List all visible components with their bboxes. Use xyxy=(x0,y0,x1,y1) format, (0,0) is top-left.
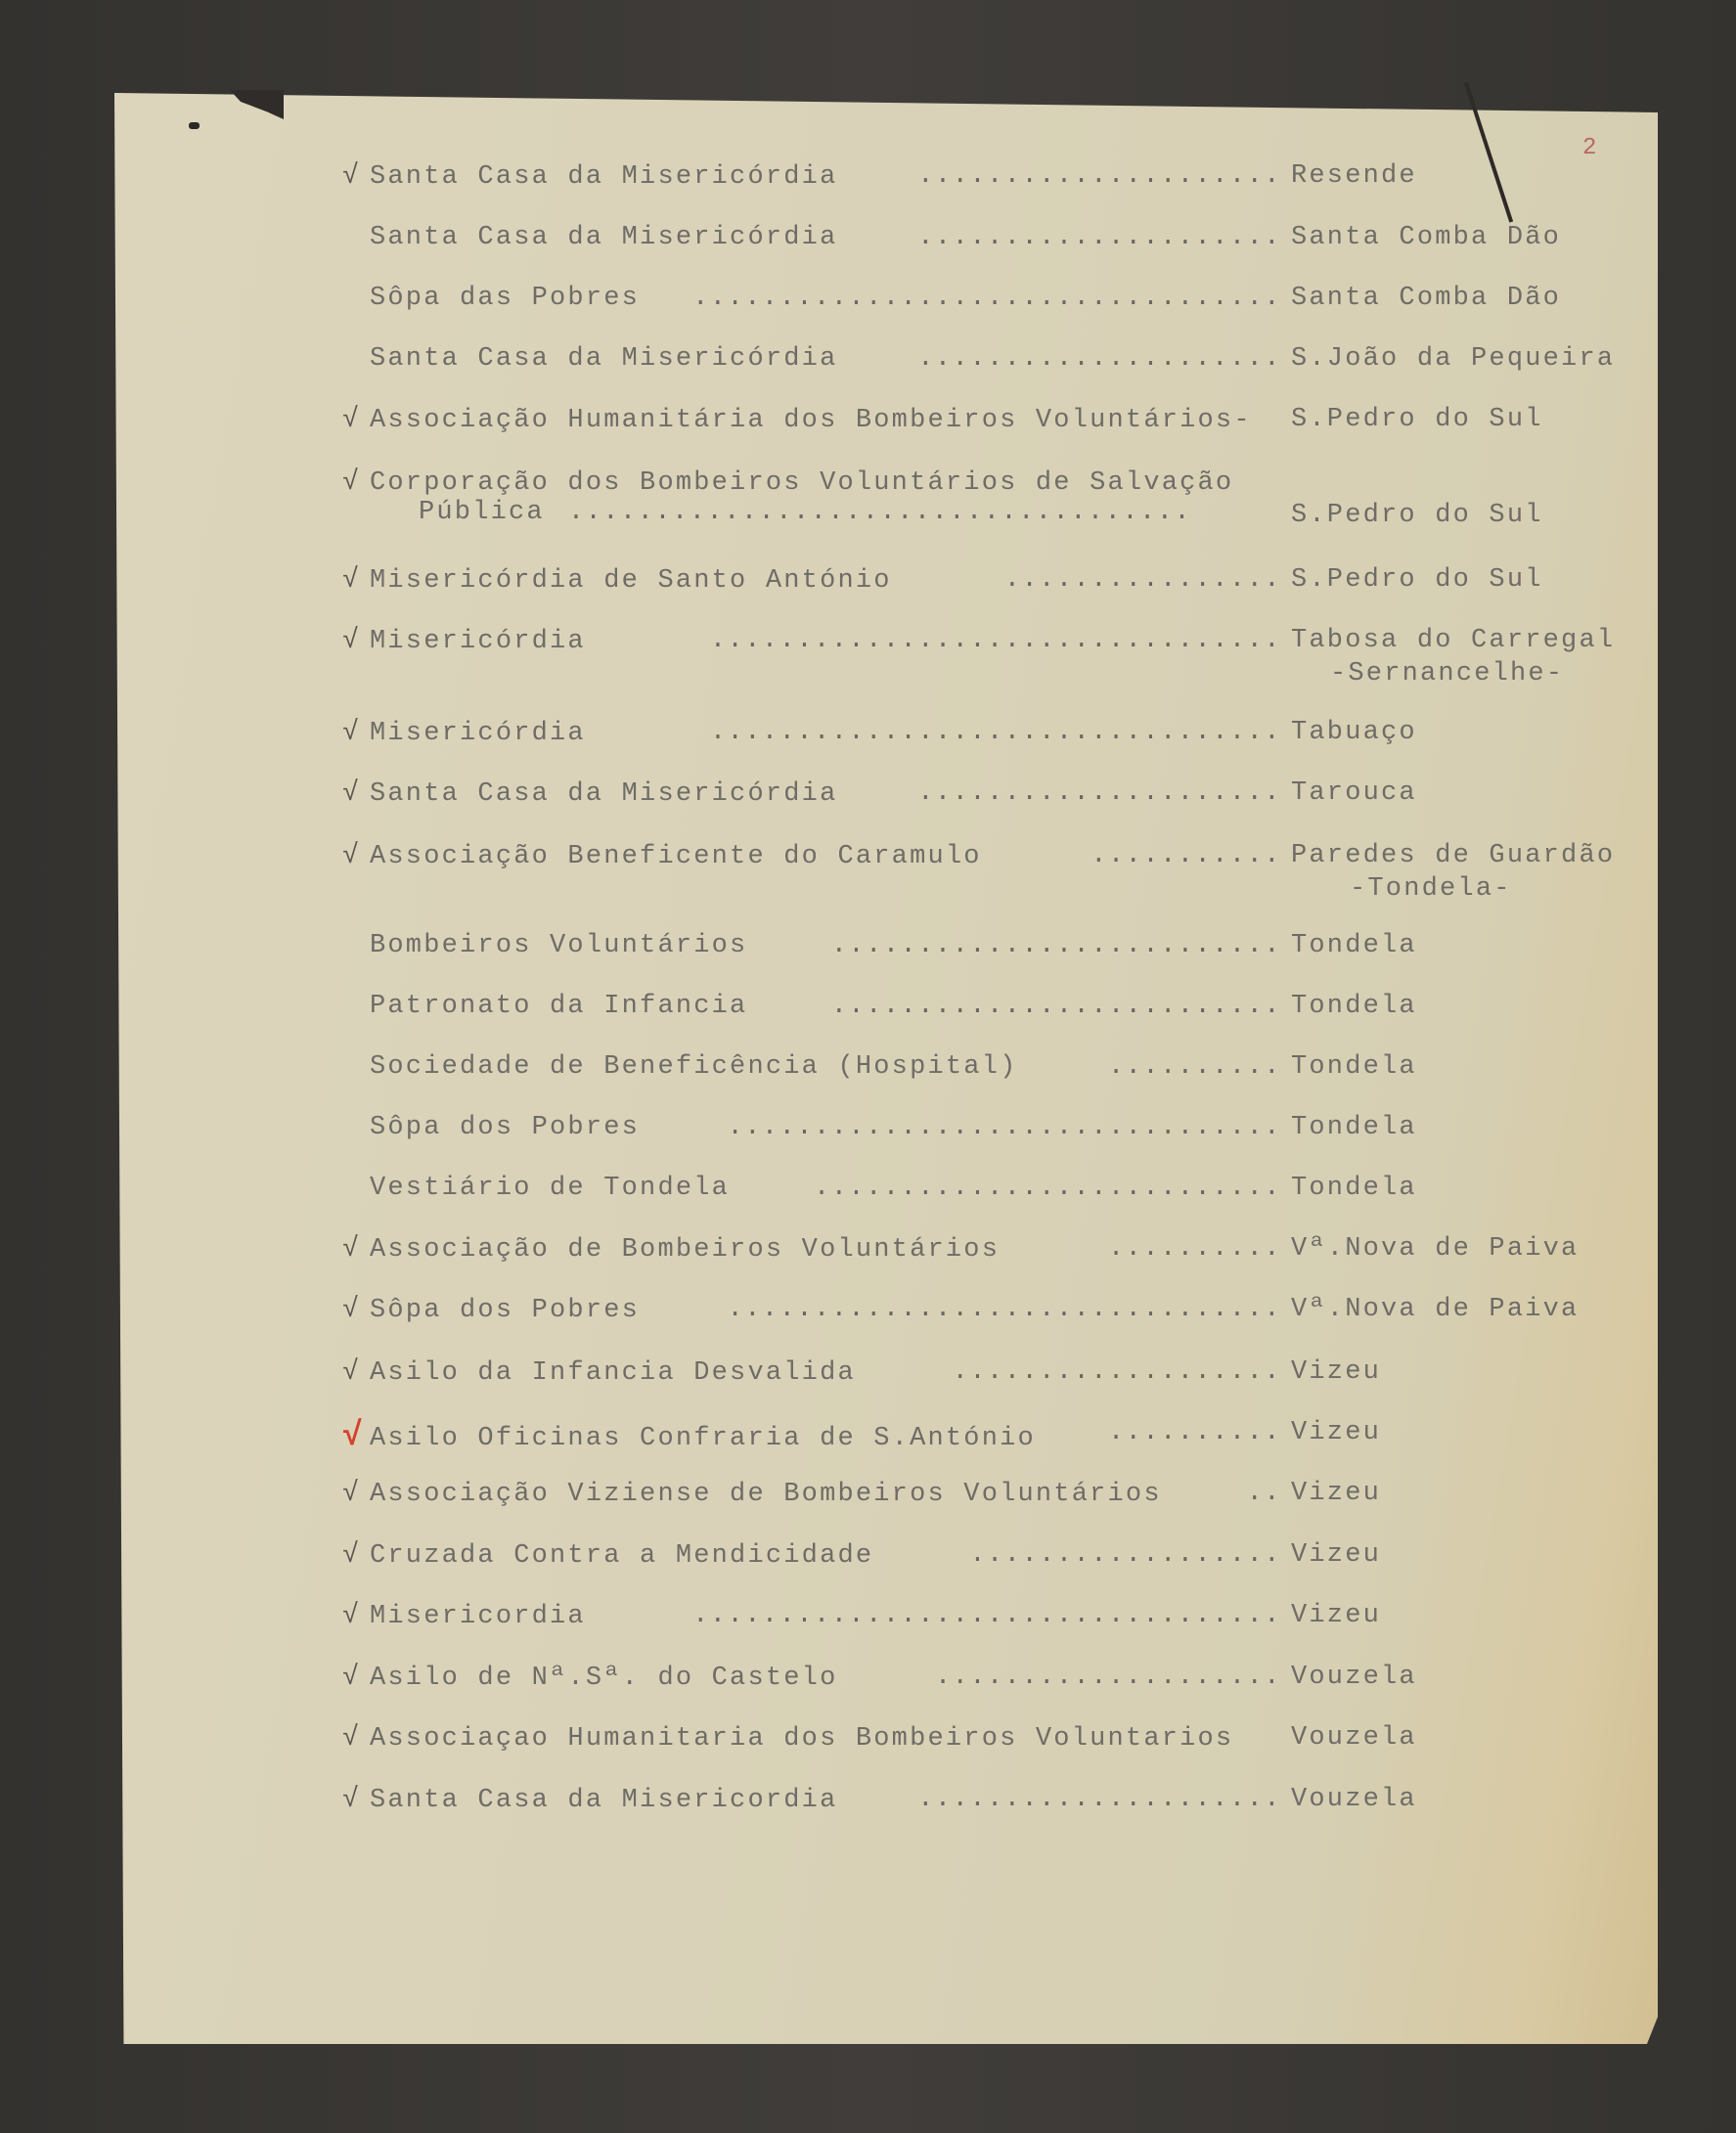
list-item: Patronato da Infancia...................… xyxy=(342,992,1614,1021)
dot-leader: .. xyxy=(1247,1479,1281,1508)
check-mark-icon: √ xyxy=(342,1785,370,1815)
location: Paredes de Guardão xyxy=(1291,841,1615,870)
check-mark-icon: √ xyxy=(342,778,370,809)
dot-leader: ................................ xyxy=(728,1295,1281,1324)
institution-name: Santa Casa da Misericórdia xyxy=(370,779,837,809)
check-mark-icon: √ xyxy=(342,1479,370,1509)
dot-leader: ..................... xyxy=(917,1785,1281,1814)
list-item: √Cruzada Contra a Mendicidade...........… xyxy=(342,1540,1614,1571)
list-item: Santa Casa da Misericórdia..............… xyxy=(342,344,1614,374)
check-mark-icon: √ xyxy=(342,1723,370,1754)
list-item: √Corporação dos Bombeiros Voluntários de… xyxy=(342,467,1614,527)
institution-name: Patronato da Infancia xyxy=(370,992,747,1021)
list-item: √Santa Casa da Misericórdia.............… xyxy=(342,778,1614,809)
institution-name: Associação de Bombeiros Voluntários xyxy=(370,1235,1000,1265)
institution-name: Santa Casa da Misericordia xyxy=(370,1786,837,1815)
list-item: √Santa Casa da Misericordia.............… xyxy=(342,1785,1614,1815)
location: Vouzela xyxy=(1291,1723,1417,1753)
location: S.Pedro do Sul xyxy=(1291,501,1543,530)
check-mark-icon: √ xyxy=(342,161,370,192)
location: Santa Comba Dão xyxy=(1291,284,1561,313)
check-mark-icon: √ xyxy=(342,1601,370,1631)
list-item: √Associação de Bombeiros Voluntários....… xyxy=(342,1234,1614,1265)
location: Tabuaço xyxy=(1291,718,1417,747)
location: Vizeu xyxy=(1291,1601,1381,1630)
institution-name: Vestiário de Tondela xyxy=(370,1174,730,1203)
list-item: √Associação Humanitária dos Bombeiros Vo… xyxy=(342,405,1614,435)
institution-name: Cruzada Contra a Mendicidade xyxy=(370,1541,873,1571)
institution-name: Santa Casa da Misericórdia xyxy=(370,223,837,252)
institution-name: Santa Casa da Misericórdia xyxy=(370,344,837,374)
check-mark-icon: √ xyxy=(342,1663,370,1693)
location: Vouzela xyxy=(1291,1663,1417,1692)
location: Vizeu xyxy=(1291,1540,1381,1570)
location: S.João da Pequeira xyxy=(1291,344,1615,374)
location-line2: -Tondela- xyxy=(1350,874,1512,904)
check-mark-icon: √ xyxy=(342,1295,370,1325)
list-item: √Sôpa dos Pobres........................… xyxy=(342,1295,1614,1325)
dot-leader: .......... xyxy=(1108,1418,1281,1447)
list-item: √Asilo de Nª.Sª. do Castelo.............… xyxy=(342,1663,1614,1693)
dot-leader: ................................. xyxy=(710,718,1281,747)
location: Tondela xyxy=(1291,1113,1417,1142)
list-item: √Asilo Oficinas Confraria de S.António..… xyxy=(342,1418,1614,1455)
dot-leader: .................... xyxy=(935,1663,1281,1692)
list-item: √Associação Beneficente do Caramulo.....… xyxy=(342,841,1614,871)
institution-name: Sôpa dos Pobres xyxy=(370,1113,640,1142)
check-mark-icon: √ xyxy=(342,467,370,498)
dot-leader: ................... xyxy=(953,1357,1281,1387)
check-mark-icon: √ xyxy=(342,626,370,656)
institution-name: Associação Viziense de Bombeiros Voluntá… xyxy=(370,1480,1162,1509)
check-mark-icon: √ xyxy=(342,405,370,435)
location: Vizeu xyxy=(1291,1418,1381,1447)
institution-name: Asilo Oficinas Confraria de S.António xyxy=(370,1424,1036,1453)
institution-name: Associação Humanitária dos Bombeiros Vol… xyxy=(370,406,1252,435)
dot-leader: ..................... xyxy=(917,161,1281,191)
location: Vouzela xyxy=(1291,1785,1417,1814)
check-mark-icon: √ xyxy=(342,1357,370,1388)
list-item: Sôpa dos Pobres.........................… xyxy=(342,1113,1614,1142)
dot-leader: ..................... xyxy=(917,223,1281,252)
location: Vª.Nova de Paiva xyxy=(1291,1234,1579,1264)
location: S.Pedro do Sul xyxy=(1291,405,1543,434)
list-item: √Santa Casa da Misericórdia.............… xyxy=(342,161,1614,192)
location: Santa Comba Dão xyxy=(1291,223,1561,252)
location: S.Pedro do Sul xyxy=(1291,565,1543,595)
dot-leader: .......... xyxy=(1108,1234,1281,1264)
institution-name: Misericórdia xyxy=(370,627,586,656)
dot-leader: .................................. xyxy=(692,1601,1281,1630)
dot-leader: .......................... xyxy=(831,992,1281,1021)
list-item: √Associação Viziense de Bombeiros Volunt… xyxy=(342,1479,1614,1509)
institution-name: Asilo da Infancia Desvalida xyxy=(370,1358,856,1388)
location: Vizeu xyxy=(1291,1479,1381,1508)
dot-leader: .......... xyxy=(1108,1052,1281,1082)
list-item: √Misericordia...........................… xyxy=(342,1601,1614,1631)
dot-leader: ........... xyxy=(1091,841,1281,870)
list-item: Sôpa das Pobres.........................… xyxy=(342,284,1614,313)
institution-name-line2: Pública xyxy=(419,498,545,527)
list-item: √Associaçao Humanitaria dos Bombeiros Vo… xyxy=(342,1723,1614,1754)
check-mark-icon: √ xyxy=(342,718,370,748)
institution-name: Misericórdia xyxy=(370,719,586,748)
list-item: Santa Casa da Misericórdia..............… xyxy=(342,223,1614,252)
list-item: √Misericórdia de Santo António..........… xyxy=(342,565,1614,596)
institution-name: Misericórdia de Santo António xyxy=(370,566,892,596)
dot-leader: .................................. xyxy=(692,284,1281,313)
location: Tondela xyxy=(1291,1174,1417,1203)
dot-leader: ..................... xyxy=(917,778,1281,808)
list-item: √Asilo da Infancia Desvalida............… xyxy=(342,1357,1614,1388)
dot-leader: ................................. xyxy=(710,626,1281,655)
dot-leader: .......................... xyxy=(831,931,1281,960)
list-item: Vestiário de Tondela....................… xyxy=(342,1174,1614,1203)
dot-leader: ..................... xyxy=(917,344,1281,374)
list-item: Bombeiros Voluntários...................… xyxy=(342,931,1614,960)
institution-name: Associação Beneficente do Caramulo xyxy=(370,842,982,871)
list-item: √Misericórdia...........................… xyxy=(342,718,1614,748)
institution-name: Associaçao Humanitaria dos Bombeiros Vol… xyxy=(370,1724,1233,1754)
dot-leader: .................................... xyxy=(568,498,1191,527)
institution-name: Asilo de Nª.Sª. do Castelo xyxy=(370,1664,837,1693)
dot-leader: ........................... xyxy=(814,1174,1281,1203)
list-item: Sociedade de Beneficência (Hospital)....… xyxy=(342,1052,1614,1082)
institution-name: Sôpa dos Pobres xyxy=(370,1296,640,1325)
list-item: √Misericórdia...........................… xyxy=(342,626,1614,656)
check-mark-icon: √ xyxy=(342,1234,370,1265)
check-mark-icon: √ xyxy=(342,841,370,871)
check-mark-icon: √ xyxy=(342,1540,370,1571)
dot-leader: ................................ xyxy=(728,1113,1281,1142)
institution-name: Sôpa das Pobres xyxy=(370,284,640,313)
red-check-mark-icon: √ xyxy=(342,1418,370,1455)
institution-list: √Santa Casa da Misericórdia.............… xyxy=(0,0,1736,2133)
location: Tondela xyxy=(1291,931,1417,960)
institution-name: Bombeiros Voluntários xyxy=(370,931,747,960)
institution-name: Misericordia xyxy=(370,1602,586,1631)
location: Vª.Nova de Paiva xyxy=(1291,1295,1579,1324)
location: Vizeu xyxy=(1291,1357,1381,1387)
location: Resende xyxy=(1291,161,1417,191)
institution-name: Sociedade de Beneficência (Hospital) xyxy=(370,1052,1018,1082)
institution-name: Corporação dos Bombeiros Voluntários de … xyxy=(370,468,1233,498)
location: Tondela xyxy=(1291,992,1417,1021)
institution-name: Santa Casa da Misericórdia xyxy=(370,162,837,192)
location: Tabosa do Carregal xyxy=(1291,626,1615,655)
location: Tondela xyxy=(1291,1052,1417,1082)
dot-leader: ................ xyxy=(1004,565,1281,595)
location: Tarouca xyxy=(1291,778,1417,808)
location-line2: -Sernancelhe- xyxy=(1330,659,1564,689)
check-mark-icon: √ xyxy=(342,565,370,596)
dot-leader: .................. xyxy=(969,1540,1281,1570)
